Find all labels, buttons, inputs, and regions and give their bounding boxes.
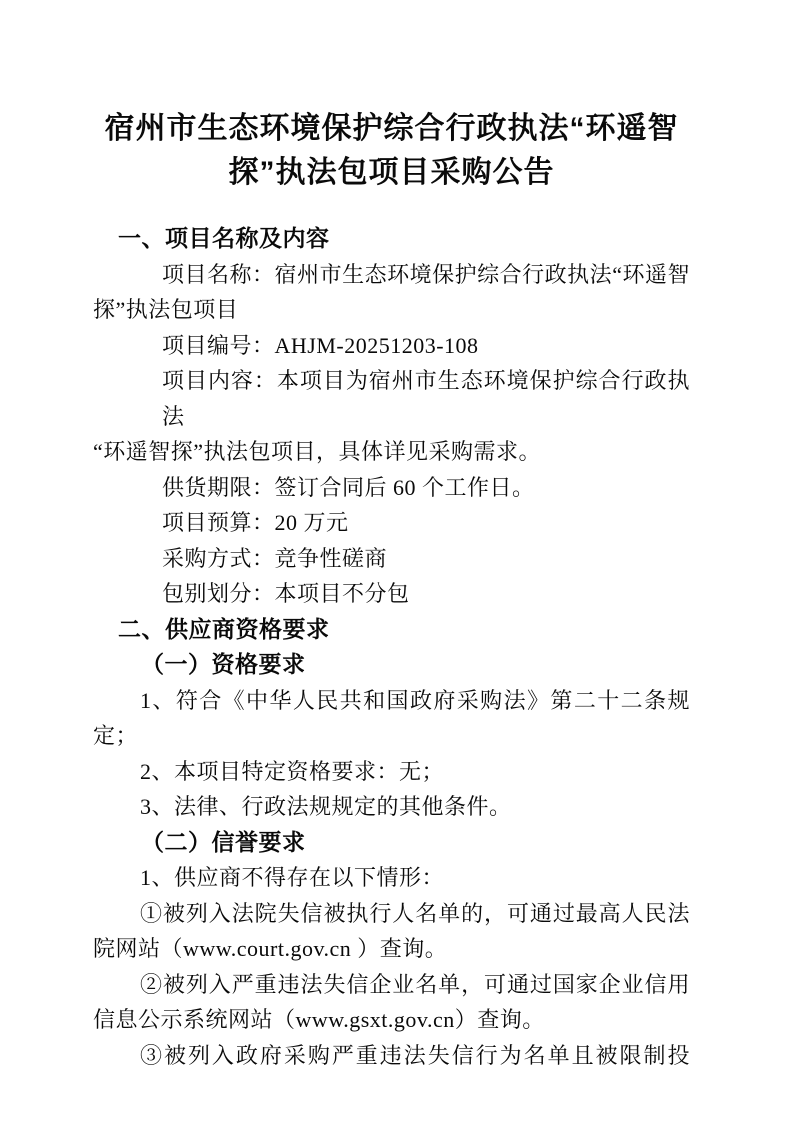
document-line: 项目内容：本项目为宿州市生态环境保护综合行政执法	[93, 363, 690, 434]
paragraph-credit-intro: 1、供应商不得存在以下情形：	[93, 860, 690, 896]
subsection-qualification-heading: （一）资格要求	[93, 647, 690, 683]
document-title-line-2: 探”执法包项目采购公告	[93, 151, 690, 195]
paragraph-qualification-2: 2、本项目特定资格要求：无；	[93, 754, 690, 790]
document-line: 项目编号：AHJM-20251203-108	[93, 328, 690, 364]
paragraph-credit-court-list: ①被列入法院失信被执行人名单的，可通过最高人民法 院网站（www.court.g…	[93, 896, 690, 967]
document-line: 包别划分：本项目不分包	[93, 576, 690, 612]
document-page: 宿州市生态环境保护综合行政执法“环遥智 探”执法包项目采购公告 一、项目名称及内…	[0, 0, 793, 1122]
paragraph-qualification-1: 1、符合《中华人民共和国政府采购法》第二十二条规 定；	[93, 683, 690, 754]
document-line: 院网站（www.court.gov.cn ）查询。	[93, 931, 690, 967]
paragraph-project-budget: 项目预算：20 万元	[93, 505, 690, 541]
document-line: 1、符合《中华人民共和国政府采购法》第二十二条规	[93, 683, 690, 719]
document-line: 采购方式：竞争性磋商	[93, 541, 690, 577]
paragraph-project-content: 项目内容：本项目为宿州市生态环境保护综合行政执法 “环遥智探”执法包项目，具体详…	[93, 363, 690, 470]
document-line: 1、供应商不得存在以下情形：	[93, 860, 690, 896]
document-title: 宿州市生态环境保护综合行政执法“环遥智 探”执法包项目采购公告	[93, 107, 690, 195]
document-title-line-1: 宿州市生态环境保护综合行政执法“环遥智	[93, 107, 690, 151]
document-line: 定；	[93, 718, 690, 754]
document-line: 项目预算：20 万元	[93, 505, 690, 541]
document-line: “环遥智探”执法包项目，具体详见采购需求。	[93, 434, 690, 470]
paragraph-lot-division: 包别划分：本项目不分包	[93, 576, 690, 612]
document-line: 探”执法包项目	[93, 292, 690, 328]
document-line: ②被列入严重违法失信企业名单，可通过国家企业信用	[93, 967, 690, 1003]
document-line: 2、本项目特定资格要求：无；	[93, 754, 690, 790]
document-line: 3、法律、行政法规规定的其他条件。	[93, 789, 690, 825]
paragraph-delivery-period: 供货期限：签订合同后 60 个工作日。	[93, 470, 690, 506]
document-line: ①被列入法院失信被执行人名单的，可通过最高人民法	[93, 896, 690, 932]
paragraph-credit-procurement-list: ③被列入政府采购严重违法失信行为名单且被限制投	[93, 1038, 690, 1074]
paragraph-qualification-3: 3、法律、行政法规规定的其他条件。	[93, 789, 690, 825]
section-1-heading: 一、项目名称及内容	[93, 221, 690, 257]
paragraph-procurement-method: 采购方式：竞争性磋商	[93, 541, 690, 577]
document-line: ③被列入政府采购严重违法失信行为名单且被限制投	[93, 1038, 690, 1074]
subsection-credit-heading: （二）信誉要求	[93, 825, 690, 861]
document-line: 供货期限：签订合同后 60 个工作日。	[93, 470, 690, 506]
paragraph-project-name: 项目名称：宿州市生态环境保护综合行政执法“环遥智 探”执法包项目	[93, 257, 690, 328]
paragraph-project-number: 项目编号：AHJM-20251203-108	[93, 328, 690, 364]
paragraph-credit-gsxt-list: ②被列入严重违法失信企业名单，可通过国家企业信用 信息公示系统网站（www.gs…	[93, 967, 690, 1038]
document-line: 项目名称：宿州市生态环境保护综合行政执法“环遥智	[93, 257, 690, 293]
section-2-heading: 二、供应商资格要求	[93, 612, 690, 648]
document-line: 信息公示系统网站（www.gsxt.gov.cn）查询。	[93, 1002, 690, 1038]
